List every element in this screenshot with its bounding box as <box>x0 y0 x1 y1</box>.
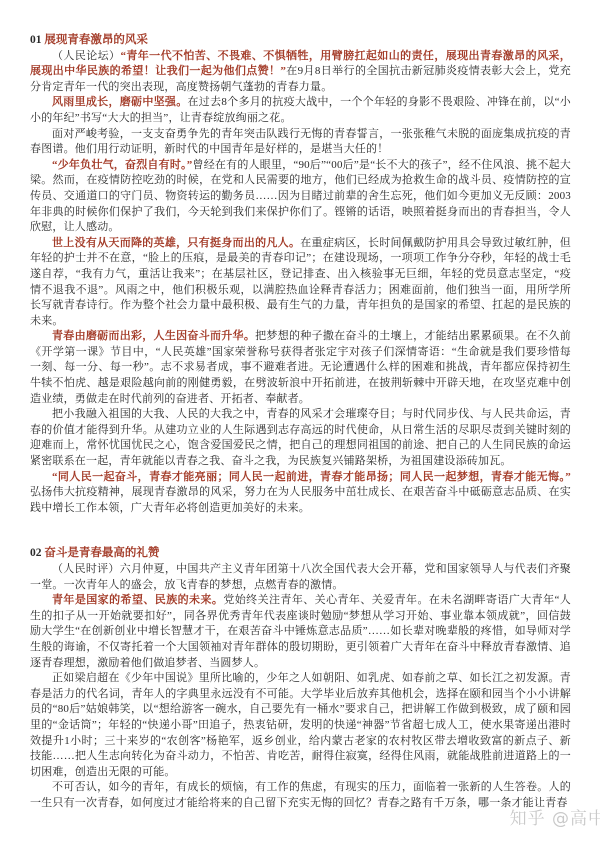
emphasis-run: “同人民一起奋斗，青春才能亮丽；同人民一起前进，青春才能昂扬；同人民一起梦想，青… <box>52 471 571 483</box>
paragraph: 不可否认，如今的青年，有成长的烦恼，有工作的焦虑，有现实的压力，面临着一张新的人… <box>30 780 571 811</box>
text-run: （人民论坛） <box>52 50 120 62</box>
document-page: 01 展现青春激昂的风采（人民论坛）“青年一代不怕苦、不畏难、不惧牺牲，用臂膀扛… <box>0 0 600 812</box>
text-run: 正如梁启超在《少年中国说》里所比喻的，少年之人如朝阳、如乳虎、如春前之草、如长江… <box>30 672 571 778</box>
text-run: 把小我融入祖国的大我、人民的大我之中，青春的风采才会璀璨夺目；与时代同步伐、与人… <box>30 408 571 467</box>
article-section: 01 展现青春激昂的风采（人民论坛）“青年一代不怕苦、不畏难、不惧牺牲，用臂膀扛… <box>30 33 571 516</box>
text-run: 在重症病区，长时间佩戴防护用具会导致过敏红肿，但年轻的护士并不在意，“脸上的压痕… <box>30 237 571 327</box>
paragraph: （人民时评）六月仲夏，中国共产主义青年团第十八次全国代表大会开幕，党和国家领导人… <box>30 562 571 593</box>
text-run: （人民时评）六月仲夏，中国共产主义青年团第十八次全国代表大会开幕，党和国家领导人… <box>30 563 571 591</box>
paragraph: 世上没有从天而降的英雄，只有挺身而出的凡人。在重症病区，长时间佩戴防护用具会导致… <box>30 236 571 330</box>
emphasis-run: 世上没有从天而降的英雄，只有挺身而出的凡人。 <box>52 237 300 249</box>
paragraph: （人民论坛）“青年一代不怕苦、不畏难、不惧牺牲，用臂膀扛起如山的责任，展现出青春… <box>30 49 571 96</box>
paragraph: 面对严峻考验，一支支奋勇争先的青年突击队践行无悔的青春誓言，一张张稚气未脱的面庞… <box>30 127 571 158</box>
paragraph: 把小我融入祖国的大我、人民的大我之中，青春的风采才会璀璨夺目；与时代同步伐、与人… <box>30 407 571 469</box>
paragraph: “同人民一起奋斗，青春才能亮丽；同人民一起前进，青春才能昂扬；同人民一起梦想，青… <box>30 470 571 517</box>
section-number: 01 <box>30 34 44 46</box>
emphasis-run: 风雨里成长，磨砺中坚强。 <box>52 96 188 108</box>
paragraph: 青年是国家的希望、民族的未来。党始终关注青年、关心青年、关爱青年。在未名湖畔寄语… <box>30 593 571 671</box>
section-heading: 01 展现青春激昂的风采 <box>30 33 571 49</box>
article-section: 02 奋斗是青春最高的礼赞（人民时评）六月仲夏，中国共产主义青年团第十八次全国代… <box>30 546 571 811</box>
text-run: 弘扬伟大抗疫精神，展现青春激昂的风采，努力在为人民服务中茁壮成长、在艰苦奋斗中砥… <box>30 486 571 514</box>
section-title: 奋斗是青春最高的礼赞 <box>44 547 159 559</box>
paragraph: 风雨里成长，磨砺中坚强。在过去8个多月的抗疫大战中，一个个年轻的身影不畏艰险、冲… <box>30 95 571 126</box>
emphasis-run: “少年负壮气，奋烈自有时。” <box>52 159 192 171</box>
section-number: 02 <box>30 547 44 559</box>
section-title: 展现青春激昂的风采 <box>44 34 148 46</box>
section-heading: 02 奋斗是青春最高的礼赞 <box>30 546 571 562</box>
text-run: 不可否认，如今的青年，有成长的烦恼，有工作的焦虑，有现实的压力，面临着一张新的人… <box>30 781 571 809</box>
sections: 01 展现青春激昂的风采（人民论坛）“青年一代不怕苦、不畏难、不惧牺牲，用臂膀扛… <box>30 33 571 812</box>
paragraph: 正如梁启超在《少年中国说》里所比喻的，少年之人如朝阳、如乳虎、如春前之草、如长江… <box>30 671 571 780</box>
paragraph: 青春由磨砺而出彩，人生因奋斗而升华。把梦想的种子撒在奋斗的土壤上，才能结出累累硕… <box>30 329 571 407</box>
emphasis-run: 青春由磨砺而出彩，人生因奋斗而升华。 <box>52 330 255 342</box>
zhihu-watermark: 知乎 @高中 <box>510 804 600 829</box>
text-run: 面对严峻考验，一支支奋勇争先的青年突击队践行无悔的青春誓言，一张张稚气未脱的面庞… <box>30 128 571 156</box>
paragraph: “少年负壮气，奋烈自有时。”曾经在有的人眼里，“90后”“00后”是“长不大的孩… <box>30 158 571 236</box>
emphasis-run: 青年是国家的希望、民族的未来。 <box>52 594 223 606</box>
